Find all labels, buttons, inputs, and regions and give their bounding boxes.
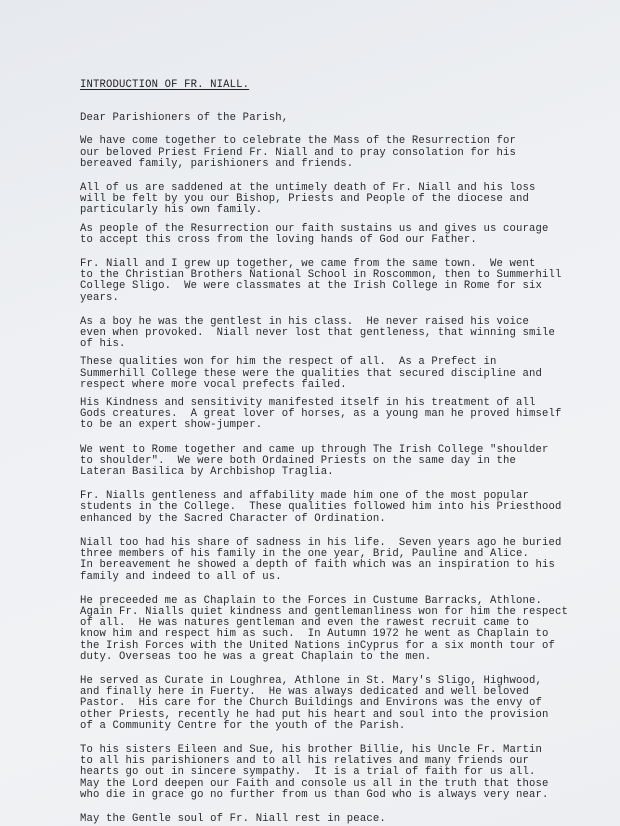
paragraph: Fr. Niall and I grew up together, we cam… [80, 259, 600, 304]
text-line: to accept this cross from the loving han… [80, 235, 600, 246]
text-line: enhanced by the Sacred Character of Ordi… [80, 514, 600, 525]
text-line: respect where more vocal prefects failed… [80, 380, 600, 391]
text-line: students in the College. These qualities… [80, 502, 600, 513]
text-line: Lateran Basilica by Archbishop Traglia. [80, 467, 600, 478]
paragraph: As a boy he was the gentlest in his clas… [80, 317, 600, 351]
text-line: to be an expert show-jumper. [80, 420, 600, 431]
text-line: even when provoked. Niall never lost tha… [80, 328, 600, 339]
text-line: of his. [80, 339, 600, 350]
text-line: bereaved family, parishioners and friend… [80, 159, 600, 170]
paragraph: We have come together to celebrate the M… [80, 136, 600, 170]
paragraph: Fr. Nialls gentleness and affability mad… [80, 491, 600, 525]
text-line: In bereavement he showed a depth of fait… [80, 560, 600, 571]
text-line: family and indeed to all of us. [80, 572, 600, 583]
text-line: know him and respect him as such. In Aut… [80, 629, 600, 640]
letter-body: INTRODUCTION OF FR. NIALL. Dear Parishio… [80, 80, 600, 825]
paragraph: These qualities won for him the respect … [80, 357, 600, 391]
paragraph: To his sisters Eileen and Sue, his broth… [80, 745, 600, 801]
text-line: of a Community Centre for the youth of t… [80, 721, 600, 732]
text-line: who die in grace go no further from us t… [80, 790, 600, 801]
paragraph: His Kindness and sensitivity manifested … [80, 398, 600, 432]
paragraph: As people of the Resurrection our faith … [80, 224, 600, 246]
document-title: INTRODUCTION OF FR. NIALL. [80, 80, 600, 91]
salutation: Dear Parishioners of the Parish, [80, 113, 600, 124]
text-line: These qualities won for him the respect … [80, 357, 600, 368]
paragraph: He served as Curate in Loughrea, Athlone… [80, 676, 600, 732]
paragraph: He preceeded me as Chaplain to the Force… [80, 596, 600, 663]
paragraph: We went to Rome together and came up thr… [80, 445, 600, 479]
paragraph: Niall too had his share of sadness in hi… [80, 538, 600, 583]
text-line: years. [80, 293, 600, 304]
text-line: duty. Overseas too he was a great Chapla… [80, 652, 600, 663]
text-line: We have come together to celebrate the M… [80, 136, 600, 147]
text-line: College Sligo. We were classmates at the… [80, 281, 600, 292]
text-line: hearts go out in sincere sympathy. It is… [80, 767, 600, 778]
paragraphs-container: We have come together to celebrate the M… [80, 136, 600, 801]
text-line: particularly his own family. [80, 205, 600, 216]
closing-line: May the Gentle soul of Fr. Niall rest in… [80, 814, 600, 825]
paragraph: All of us are saddened at the untimely d… [80, 183, 600, 217]
typed-letter-page: INTRODUCTION OF FR. NIALL. Dear Parishio… [0, 0, 620, 826]
text-line: Pastor. His care for the Church Building… [80, 698, 600, 709]
